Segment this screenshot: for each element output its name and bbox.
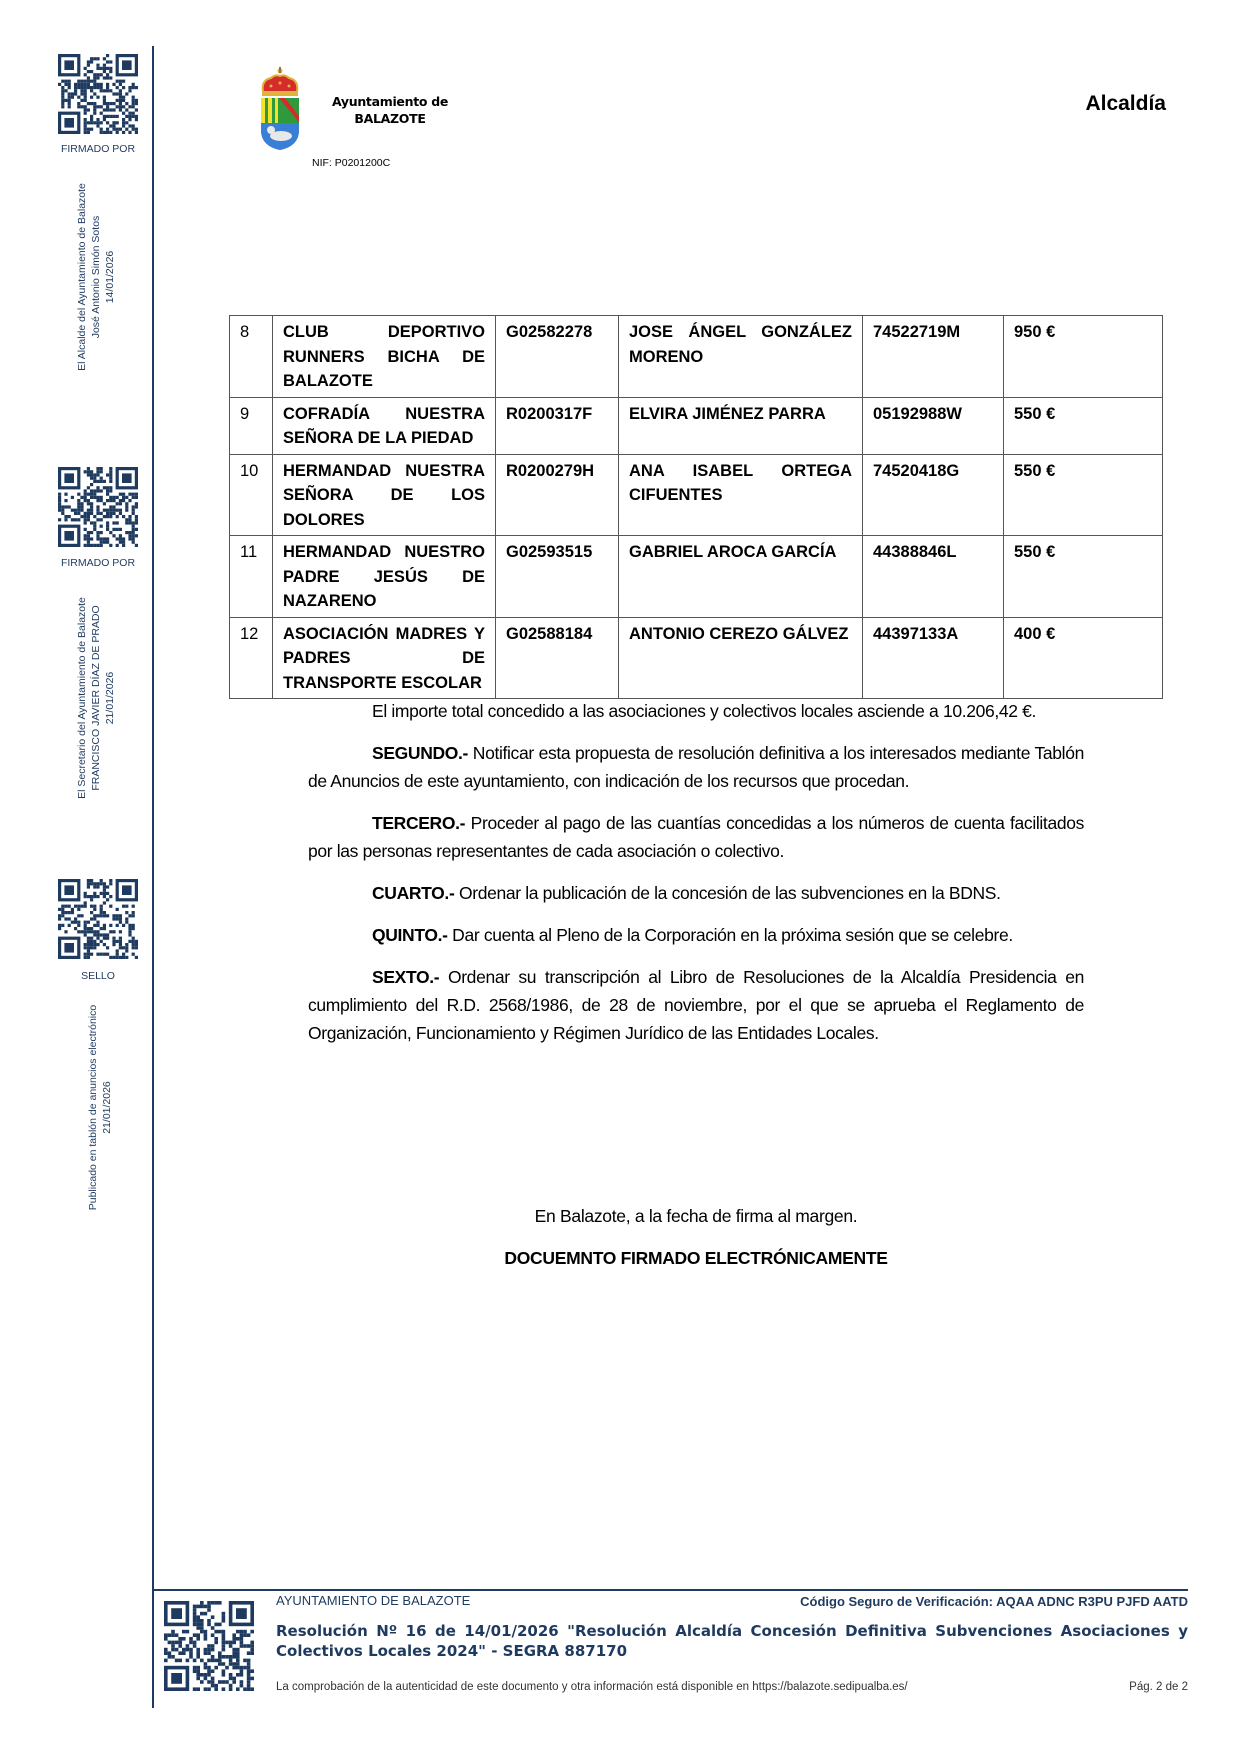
- margin-divider: [152, 46, 154, 1708]
- association-name: COFRADÍA NUESTRA SEÑORA DE LA PIEDAD: [273, 397, 496, 454]
- representative-name: ANA ISABEL ORTEGA CIFUENTES: [619, 454, 863, 536]
- representative-dni: 44388846L: [863, 536, 1004, 618]
- stamp-date: 21/01/2026: [100, 985, 114, 1230]
- resolution-item-heading: CUARTO.-: [372, 883, 454, 903]
- representative-dni: 74522719M: [863, 316, 1004, 398]
- grant-amount: 550 €: [1004, 454, 1163, 536]
- qr-code-footer[interactable]: [164, 1601, 254, 1691]
- qr-code-stamp[interactable]: [58, 879, 138, 959]
- resolution-item-heading: QUINTO.-: [372, 925, 448, 945]
- page-number: Pág. 2 de 2: [1129, 1681, 1188, 1693]
- qr-code-icon: [58, 54, 138, 134]
- resolution-item-text: Dar cuenta al Pleno de la Corporación en…: [448, 925, 1013, 945]
- resolution-item: QUINTO.- Dar cuenta al Pleno de la Corpo…: [308, 921, 1084, 949]
- qr-code-signature-1[interactable]: [58, 54, 138, 134]
- signature-details-1: El Alcalde del Ayuntamiento de Balazote …: [75, 166, 117, 388]
- total-amount-paragraph: El importe total concedido a las asociac…: [308, 697, 1084, 725]
- municipal-coat-of-arms: [257, 64, 303, 154]
- resolution-body: El importe total concedido a las asociac…: [308, 697, 1084, 1061]
- qr-code-icon: [58, 879, 138, 959]
- coat-of-arms-icon: [257, 64, 303, 154]
- stamp-text: Publicado en tablón de anuncios electrón…: [86, 985, 100, 1230]
- association-name: HERMANDAD NUESTRO PADRE JESÚS DE NAZAREN…: [273, 536, 496, 618]
- representative-name: ELVIRA JIMÉNEZ PARRA: [619, 397, 863, 454]
- grant-amount: 550 €: [1004, 397, 1163, 454]
- resolution-item: SEXTO.- Ordenar su transcripción al Libr…: [308, 963, 1084, 1047]
- signer-name: José Antonio Simón Sotos: [89, 166, 103, 388]
- footer-organization: AYUNTAMIENTO DE BALAZOTE: [276, 1593, 470, 1608]
- place-date: En Balazote, a la fecha de firma al marg…: [308, 1206, 1084, 1227]
- organization-name-line-2: BALAZOTE: [320, 110, 460, 127]
- electronic-signature-note: DOCUEMNTO FIRMADO ELECTRÓNICAMENTE: [308, 1248, 1084, 1269]
- row-number: 12: [230, 617, 273, 699]
- qr-code-signature-2[interactable]: [58, 467, 138, 547]
- resolution-item: TERCERO.- Proceder al pago de las cuantí…: [308, 809, 1084, 865]
- row-number: 8: [230, 316, 273, 398]
- signer-role: El Alcalde del Ayuntamiento de Balazote: [75, 166, 89, 388]
- row-number: 10: [230, 454, 273, 536]
- grants-table: 8CLUB DEPORTIVO RUNNERS BICHA DE BALAZOT…: [229, 315, 1163, 699]
- tax-id: NIF: P0201200C: [312, 157, 390, 169]
- resolution-item-text: Ordenar la publicación de la concesión d…: [454, 883, 1000, 903]
- organization-name-line-1: Ayuntamiento de: [320, 93, 460, 110]
- signature-date: 21/01/2026: [103, 578, 117, 818]
- association-name: ASOCIACIÓN MADRES Y PADRES DE TRANSPORTE…: [273, 617, 496, 699]
- document-title: Resolución Nº 16 de 14/01/2026 "Resoluci…: [276, 1621, 1188, 1661]
- footer-divider: [154, 1589, 1188, 1591]
- grant-amount: 950 €: [1004, 316, 1163, 398]
- table-row: 11HERMANDAD NUESTRO PADRE JESÚS DE NAZAR…: [230, 536, 1163, 618]
- qr-code-icon: [58, 467, 138, 547]
- row-number: 11: [230, 536, 273, 618]
- representative-dni: 44397133A: [863, 617, 1004, 699]
- organization-name: Ayuntamiento de BALAZOTE: [320, 93, 460, 127]
- row-number: 9: [230, 397, 273, 454]
- signature-label: FIRMADO POR: [38, 557, 158, 569]
- resolution-item: SEGUNDO.- Notificar esta propuesta de re…: [308, 739, 1084, 795]
- signature-label: FIRMADO POR: [38, 143, 158, 155]
- association-cif: G02588184: [496, 617, 619, 699]
- department-title: Alcaldía: [1085, 92, 1166, 116]
- representative-dni: 05192988W: [863, 397, 1004, 454]
- verification-code: Código Seguro de Verificación: AQAA ADNC…: [800, 1594, 1188, 1609]
- stamp-details: Publicado en tablón de anuncios electrón…: [86, 985, 114, 1230]
- grant-amount: 400 €: [1004, 617, 1163, 699]
- representative-name: GABRIEL AROCA GARCÍA: [619, 536, 863, 618]
- resolution-item-heading: SEGUNDO.-: [372, 743, 468, 763]
- signature-details-2: El Secretario del Ayuntamiento de Balazo…: [75, 578, 117, 818]
- table-row: 8CLUB DEPORTIVO RUNNERS BICHA DE BALAZOT…: [230, 316, 1163, 398]
- association-cif: R0200279H: [496, 454, 619, 536]
- resolution-item-heading: TERCERO.-: [372, 813, 465, 833]
- representative-name: ANTONIO CEREZO GÁLVEZ: [619, 617, 863, 699]
- qr-code-icon: [164, 1601, 254, 1691]
- representative-dni: 74520418G: [863, 454, 1004, 536]
- resolution-item-heading: SEXTO.-: [372, 967, 439, 987]
- table-row: 12ASOCIACIÓN MADRES Y PADRES DE TRANSPOR…: [230, 617, 1163, 699]
- table-row: 9COFRADÍA NUESTRA SEÑORA DE LA PIEDADR02…: [230, 397, 1163, 454]
- stamp-label: SELLO: [38, 970, 158, 982]
- verification-link-text[interactable]: La comprobación de la autenticidad de es…: [276, 1681, 908, 1693]
- representative-name: JOSE ÁNGEL GONZÁLEZ MORENO: [619, 316, 863, 398]
- signer-role: El Secretario del Ayuntamiento de Balazo…: [75, 578, 89, 818]
- association-name: CLUB DEPORTIVO RUNNERS BICHA DE BALAZOTE: [273, 316, 496, 398]
- signer-name: FRANCISCO JAVIER DÍAZ DE PRADO: [89, 578, 103, 818]
- association-cif: G02582278: [496, 316, 619, 398]
- association-name: HERMANDAD NUESTRA SEÑORA DE LOS DOLORES: [273, 454, 496, 536]
- signature-date: 14/01/2026: [103, 166, 117, 388]
- association-cif: R0200317F: [496, 397, 619, 454]
- table-row: 10HERMANDAD NUESTRA SEÑORA DE LOS DOLORE…: [230, 454, 1163, 536]
- association-cif: G02593515: [496, 536, 619, 618]
- resolution-item: CUARTO.- Ordenar la publicación de la co…: [308, 879, 1084, 907]
- grant-amount: 550 €: [1004, 536, 1163, 618]
